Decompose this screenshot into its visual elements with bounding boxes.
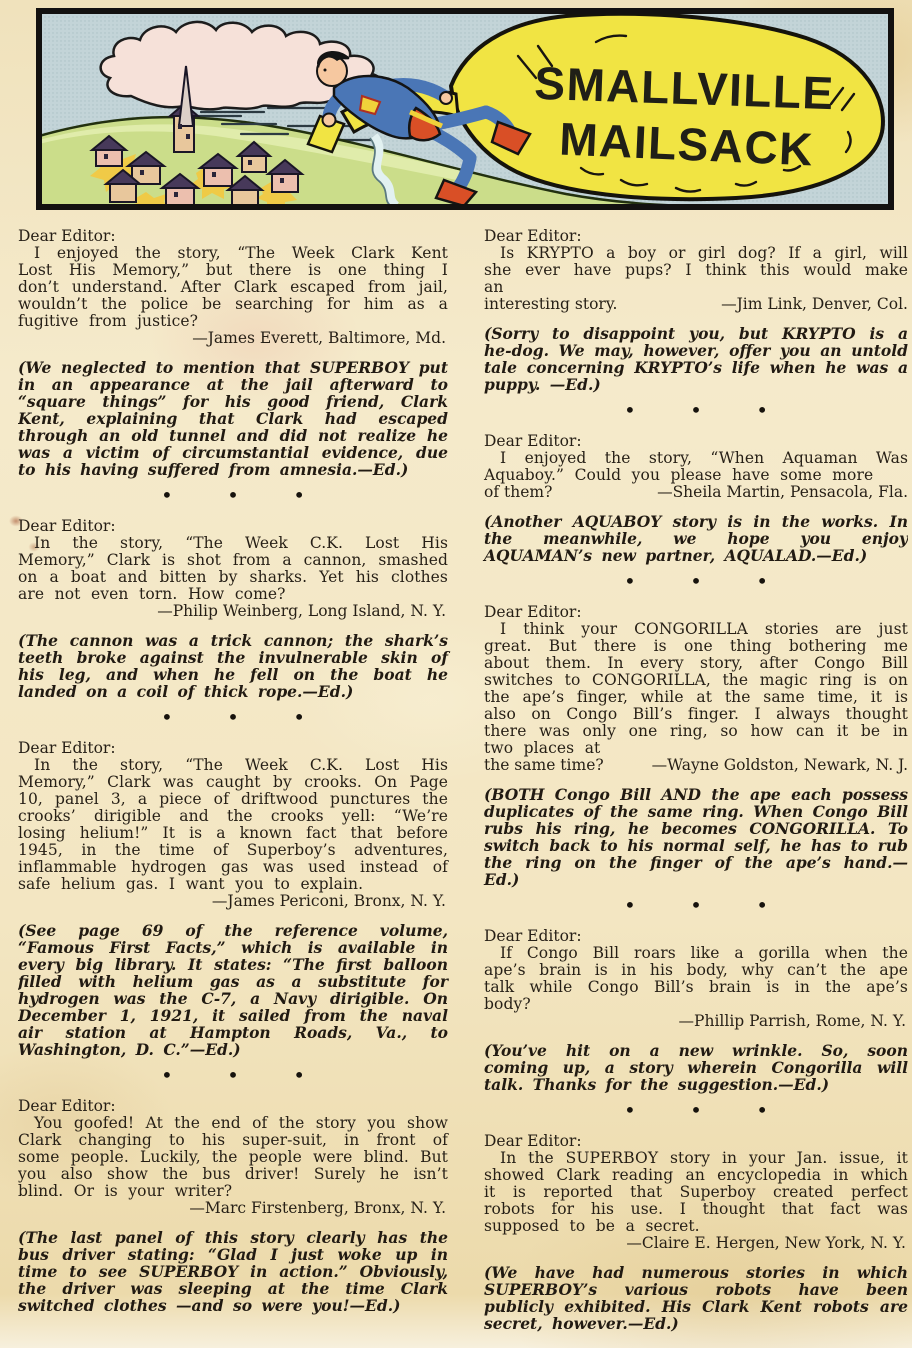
letter-signature-row: of them?—Sheila Martin, Pensacola, Fla. [484, 484, 908, 501]
letter-salutation: Dear Editor: [18, 1098, 448, 1115]
letter-signature-row: interesting story.—Jim Link, Denver, Col… [484, 296, 908, 313]
letter-signature: —James Periconi, Bronx, N. Y. [18, 893, 448, 910]
letter-body-tail: interesting story. [484, 296, 617, 313]
letter-body-tail: of them? [484, 484, 552, 501]
section-separator: • • • [484, 400, 908, 420]
letter-body: You goofed! At the end of the story you … [18, 1115, 448, 1200]
editor-reply: (Sorry to disappoint you, but KRYPTO is … [484, 325, 908, 393]
letter-salutation: Dear Editor: [18, 740, 448, 757]
letter: Dear Editor:You goofed! At the end of th… [18, 1098, 448, 1314]
editor-reply: (BOTH Congo Bill AND the ape each posses… [484, 786, 908, 888]
letter-body: If Congo Bill roars like a gorilla when … [484, 945, 908, 1013]
editor-reply: (See page 69 of the reference volume, “F… [18, 922, 448, 1058]
superboy-eye [324, 69, 327, 72]
letter-signature: —Sheila Martin, Pensacola, Fla. [657, 484, 908, 501]
letters-column-right: Dear Editor:Is KRYPTO a boy or girl dog?… [484, 228, 908, 1340]
letter-signature-row: the same time?—Wayne Goldston, Newark, N… [484, 757, 908, 774]
letter: Dear Editor:In the story, “The Week C.K.… [18, 518, 448, 700]
section-separator: • • • [484, 895, 908, 915]
letter-salutation: Dear Editor: [484, 928, 908, 945]
page: SMALLVILLE MAILSACK [0, 0, 912, 1348]
letter-body: I enjoyed the story, “The Week Clark Ken… [18, 245, 448, 330]
letter: Dear Editor:I think your CONGORILLA stor… [484, 604, 908, 888]
letter-signature: —Jim Link, Denver, Col. [721, 296, 908, 313]
letter-salutation: Dear Editor: [484, 433, 908, 450]
letter-salutation: Dear Editor: [484, 228, 908, 245]
editor-reply: (You’ve hit on a new wrinkle. So, soon c… [484, 1042, 908, 1093]
letter: Dear Editor:If Congo Bill roars like a g… [484, 928, 908, 1093]
section-separator: • • • [484, 1100, 908, 1120]
letter-body: Is KRYPTO a boy or girl dog? If a girl, … [484, 245, 908, 296]
letter-body: In the story, “The Week C.K. Lost His Me… [18, 757, 448, 893]
section-separator: • • • [484, 571, 908, 591]
letter-body: I think your CONGORILLA stories are just… [484, 621, 908, 757]
letter: Dear Editor:Is KRYPTO a boy or girl dog?… [484, 228, 908, 393]
section-separator: • • • [18, 1065, 448, 1085]
letter: Dear Editor:I enjoyed the story, “When A… [484, 433, 908, 564]
editor-reply: (We neglected to mention that SUPERBOY p… [18, 359, 448, 478]
section-separator: • • • [18, 707, 448, 727]
letter-signature: —Philip Weinberg, Long Island, N. Y. [18, 603, 448, 620]
editor-reply: (The last panel of this story clearly ha… [18, 1229, 448, 1314]
letter: Dear Editor:In the story, “The Week C.K.… [18, 740, 448, 1058]
letter-salutation: Dear Editor: [484, 1133, 908, 1150]
letter: Dear Editor:In the SUPERBOY story in you… [484, 1133, 908, 1332]
header-panel: SMALLVILLE MAILSACK [36, 8, 894, 210]
letter: Dear Editor:I enjoyed the story, “The We… [18, 228, 448, 478]
section-separator: • • • [18, 485, 448, 505]
letter-salutation: Dear Editor: [18, 228, 448, 245]
superboy-front-hand [323, 114, 336, 127]
letter-signature: —James Everett, Baltimore, Md. [18, 330, 448, 347]
letter-salutation: Dear Editor: [484, 604, 908, 621]
header-illustration: SMALLVILLE MAILSACK [36, 8, 894, 210]
editor-reply: (The cannon was a trick cannon; the shar… [18, 632, 448, 700]
letter-body: In the SUPERBOY story in your Jan. issue… [484, 1150, 908, 1235]
mailsack-title-line1: SMALLVILLE [534, 57, 836, 119]
letter-signature: —Marc Firstenberg, Bronx, N. Y. [18, 1200, 448, 1217]
letter-body: I enjoyed the story, “When Aquaman Was A… [484, 450, 908, 484]
mailsack-title-line2: MAILSACK [558, 112, 815, 175]
letters-column-left: Dear Editor:I enjoyed the story, “The We… [18, 228, 448, 1340]
letter-salutation: Dear Editor: [18, 518, 448, 535]
editor-reply: (We have had numerous stories in which S… [484, 1264, 908, 1332]
superboy-rear-hand [440, 92, 452, 104]
letter-signature: —Phillip Parrish, Rome, N. Y. [484, 1013, 908, 1030]
editor-reply: (Another AQUABOY story is in the works. … [484, 513, 908, 564]
letter-body-tail: the same time? [484, 757, 604, 774]
letters-columns: Dear Editor:I enjoyed the story, “The We… [18, 228, 908, 1340]
letter-body: In the story, “The Week C.K. Lost His Me… [18, 535, 448, 603]
letter-signature: —Wayne Goldston, Newark, N. J. [652, 757, 908, 774]
letter-signature: —Claire E. Hergen, New York, N. Y. [484, 1235, 908, 1252]
